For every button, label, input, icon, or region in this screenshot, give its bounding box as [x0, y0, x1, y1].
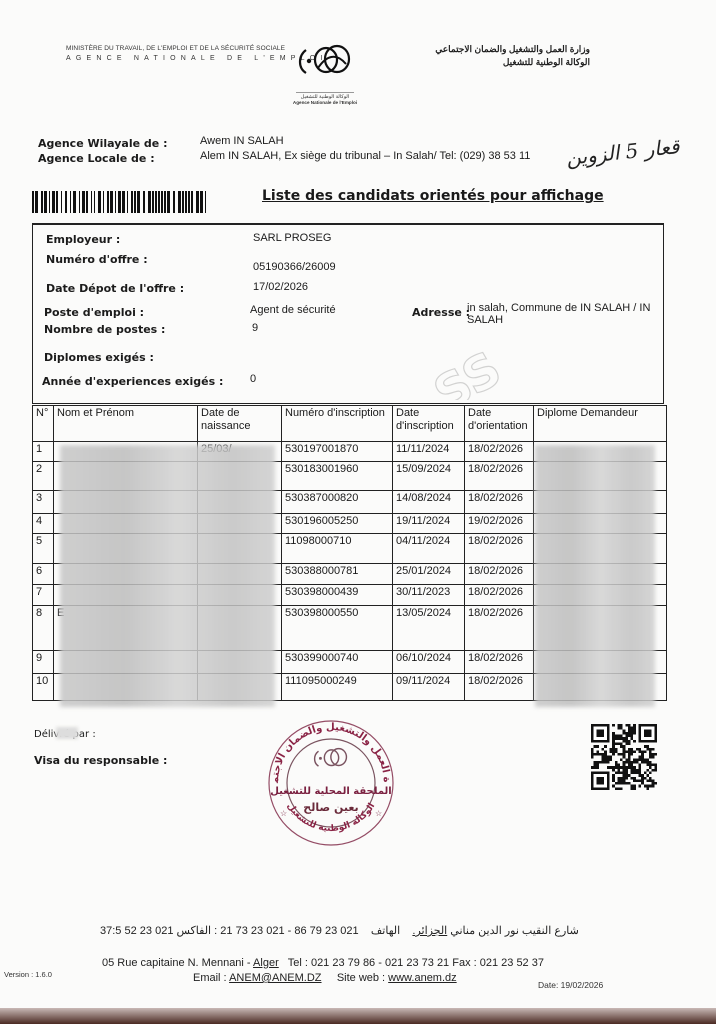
cell-n: 2 [33, 462, 54, 491]
experience-value: 0 [250, 373, 256, 385]
cell-date-inscription: 04/11/2024 [393, 534, 465, 564]
cell-n: 7 [33, 585, 54, 606]
redacted-names [60, 445, 275, 707]
employeur-label: Employeur : [46, 233, 120, 246]
cell-n: 4 [33, 514, 54, 534]
footer-street-fr: 05 Rue capitaine N. Mennani - [102, 957, 253, 969]
agency-name-fr: AGENCE NATIONALE DE L'EMPLOI [66, 55, 328, 62]
cell-inscription: 111095000249 [282, 674, 393, 701]
col-header-naissance: Date de naissance [198, 406, 282, 442]
svg-text:SS: SS [425, 341, 511, 400]
employeur-value: SARL PROSEG [253, 232, 331, 244]
cell-date-inscription: 13/05/2024 [393, 606, 465, 651]
numero-offre-value: 05190366/26009 [253, 261, 336, 273]
handwritten-note: قعار 5 الزوين [565, 134, 680, 170]
cell-inscription: 530398000550 [282, 606, 393, 651]
cell-date-inscription: 30/11/2023 [393, 585, 465, 606]
adresse-value: in salah, Commune de IN SALAH / IN SALAH [467, 302, 662, 326]
anem-logo-icon [296, 42, 354, 78]
svg-text:بعين صالح: بعين صالح [303, 801, 358, 814]
footer-phone-label-ar: الهاتف [371, 925, 400, 937]
cell-inscription: 530398000439 [282, 585, 393, 606]
locale-value: Alem IN SALAH, Ex siège du tribunal – In… [200, 150, 530, 162]
cell-date-inscription: 14/08/2024 [393, 491, 465, 514]
ministry-name-ar: وزارة العمل والتشغيل والضمان الاجتماعي [400, 44, 590, 55]
svg-text:الملحقة المحلية للتشغيل: الملحقة المحلية للتشغيل [270, 786, 391, 797]
wilayale-value: Awem IN SALAH [200, 135, 284, 147]
cell-inscription: 530387000820 [282, 491, 393, 514]
cell-n: 6 [33, 564, 54, 585]
footer-contact: Email : ANEM@ANEM.DZ Site web : www.anem… [193, 972, 457, 984]
cell-date-orientation: 18/02/2026 [465, 442, 534, 462]
qr-code-icon [588, 724, 660, 790]
logo-caption-fr: Agence Nationale de l'Emploi [290, 100, 360, 105]
cell-date-orientation: 18/02/2026 [465, 651, 534, 674]
ministry-name-fr: Ministère du Travail, de l'Emploi et de … [66, 45, 285, 52]
footer-email-link[interactable]: ANEM@ANEM.DZ [229, 972, 321, 984]
poste-label: Poste d'emploi : [44, 306, 144, 319]
scan-edge [0, 1008, 716, 1024]
adresse-label: Adresse : [412, 306, 470, 319]
cell-date-orientation: 18/02/2026 [465, 534, 534, 564]
stamp-icon: وزارة العمل والتشغيل والضمان الاجتماعي ا… [262, 716, 400, 850]
print-date: Date: 19/02/2026 [538, 980, 603, 990]
svg-text:☆: ☆ [280, 809, 287, 818]
col-header-date-inscription: Date d'inscription [393, 406, 465, 442]
poste-value: Agent de sécurité [250, 304, 336, 316]
cell-n: 8 [33, 606, 54, 651]
numero-offre-label: Numéro d'offre : [46, 253, 148, 266]
redacted-diplomas [535, 445, 655, 707]
agency-name-ar: الوكالة الوطنية للتشغيل [400, 57, 590, 68]
wilayale-label: Agence Wilayale de : [38, 137, 167, 150]
col-header-date-orientation: Date d'orientation [465, 406, 534, 442]
footer-web-link[interactable]: www.anem.dz [388, 972, 456, 984]
cell-inscription: 530183001960 [282, 462, 393, 491]
barcode-icon [32, 191, 220, 213]
cell-inscription: 530197001870 [282, 442, 393, 462]
nombre-postes-label: Nombre de postes : [44, 323, 165, 336]
cell-date-inscription: 06/10/2024 [393, 651, 465, 674]
svg-text:وزارة العمل والتشغيل والضمان ا: وزارة العمل والتشغيل والضمان الاجتماعي [262, 716, 392, 784]
cell-date-inscription: 19/11/2024 [393, 514, 465, 534]
cell-n: 9 [33, 651, 54, 674]
cell-date-inscription: 09/11/2024 [393, 674, 465, 701]
cell-n: 10 [33, 674, 54, 701]
cell-date-orientation: 19/02/2026 [465, 514, 534, 534]
logo-caption-ar: الوكالة الوطنية للتشغيل [296, 92, 354, 100]
cell-date-orientation: 18/02/2026 [465, 491, 534, 514]
date-depot-value: 17/02/2026 [253, 281, 308, 293]
cell-date-orientation: 18/02/2026 [465, 462, 534, 491]
footer-city-ar: الجزائر. [412, 925, 447, 937]
col-header-numero: Numéro d'inscription [282, 406, 393, 442]
cell-inscription: 11098000710 [282, 534, 393, 564]
cell-date-orientation: 18/02/2026 [465, 606, 534, 651]
cell-date-inscription: 11/11/2024 [393, 442, 465, 462]
diplomes-label: Diplomes exigés : [44, 351, 154, 364]
svg-text:☆: ☆ [375, 809, 382, 818]
cell-n: 1 [33, 442, 54, 462]
experience-label: Année d'experiences exigés : [42, 375, 223, 388]
date-depot-label: Date Dépot de l'offre : [46, 282, 184, 295]
footer-address-fr: 05 Rue capitaine N. Mennani - Alger Tel … [102, 957, 544, 969]
cell-inscription: 530388000781 [282, 564, 393, 585]
cell-date-inscription: 15/09/2024 [393, 462, 465, 491]
col-header-nom: Nom et Prénom [54, 406, 198, 442]
visa-label: Visa du responsable : [34, 754, 167, 767]
cell-n: 3 [33, 491, 54, 514]
version-text: Version : 1.6.0 [4, 970, 52, 979]
cell-inscription: 530399000740 [282, 651, 393, 674]
footer-phones-ar: 021 23 79 86 - 021 23 73 21 : الفاكس 021… [100, 925, 359, 937]
watermark-icon: SS [420, 330, 540, 400]
nombre-postes-value: 9 [252, 322, 258, 334]
col-header-diplome: Diplome Demandeur [534, 406, 667, 442]
cell-n: 5 [33, 534, 54, 564]
locale-label: Agence Locale de : [38, 152, 155, 165]
footer-web-label: Site web : [337, 972, 388, 984]
col-header-n: N° [33, 406, 54, 442]
footer-email-label: Email : [193, 972, 229, 984]
cell-date-inscription: 25/01/2024 [393, 564, 465, 585]
footer-city-link[interactable]: Alger [253, 957, 279, 969]
footer-street-ar: شارع النقيب نور الدين مناني [450, 925, 579, 937]
footer-address-ar: شارع النقيب نور الدين مناني الجزائر. اله… [100, 924, 600, 937]
page-title: Liste des candidats orientés pour affich… [262, 188, 604, 204]
cell-date-orientation: 18/02/2026 [465, 585, 534, 606]
cell-inscription: 530196005250 [282, 514, 393, 534]
cell-date-orientation: 18/02/2026 [465, 564, 534, 585]
footer-tel-fax: Tel : 021 23 79 86 - 021 23 73 21 Fax : … [288, 957, 544, 969]
cell-date-orientation: 18/02/2026 [465, 674, 534, 701]
redacted-delivre [56, 727, 78, 739]
